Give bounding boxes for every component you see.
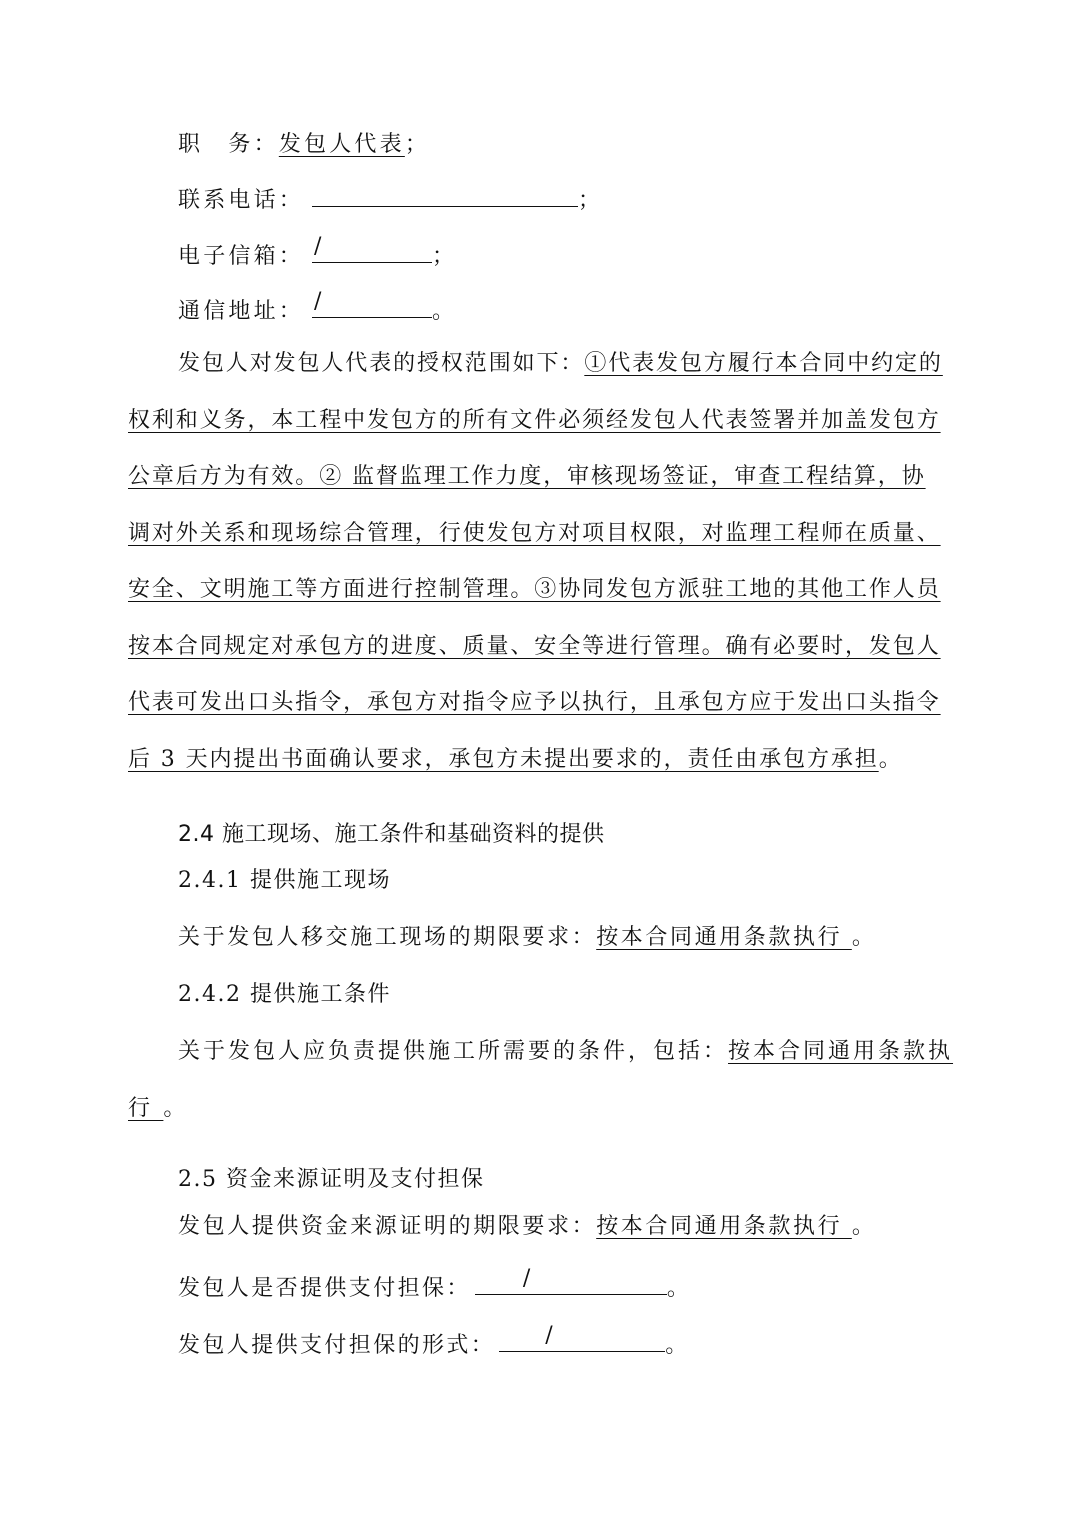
authorization-intro: 发包人对发包人代表的授权范围如下： (178, 351, 584, 376)
authorization-paragraph: 发包人对发包人代表的授权范围如下：①代表发包方履行本合同中约定的 权利和义务，本… (128, 336, 948, 788)
guarantee-form-blank: / (499, 1327, 665, 1352)
authorization-row: 安全、文明施工等方面进行控制管理。③协同发包方派驻工地的其他工作人员 (128, 562, 948, 619)
fund-proof-field: 发包人提供资金来源证明的期限要求：按本合同通用条款执行 。 (178, 1212, 876, 1242)
address-end: 。 (432, 299, 457, 324)
phone-blank (312, 182, 578, 207)
phone-label: 联系电话： (178, 188, 304, 213)
authorization-row: 后 3 天内提出书面确认要求，承包方未提出要求的，责任由承包方承担。 (128, 732, 948, 789)
guarantee-form-label: 发包人提供支付担保的形式： (178, 1333, 495, 1358)
site-handover-field: 关于发包人移交施工现场的期限要求：按本合同通用条款执行 。 (178, 923, 876, 953)
authorization-text: 代表可发出口头指令，承包方对指令应予以执行，且承包方应于发出口头指令 (128, 690, 941, 715)
site-conditions-field-cont: 行 。 (128, 1094, 189, 1124)
position-end: ； (405, 132, 430, 157)
authorization-text: 公章后方为有效。② 监督监理工作力度，审核现场签证，审查工程结算，协 (128, 464, 926, 489)
guarantee-end: 。 (667, 1276, 691, 1301)
email-blank: / (312, 238, 432, 263)
authorization-row: 按本合同规定对承包方的进度、质量、安全等进行管理。确有必要时，发包人 (128, 619, 948, 676)
fund-proof-label: 发包人提供资金来源证明的期限要求： (178, 1214, 596, 1239)
email-end: ； (432, 244, 457, 269)
site-conditions-value: 按本合同通用条款执 (728, 1039, 953, 1064)
fund-proof-end: 。 (852, 1214, 877, 1239)
authorization-text: 权利和义务，本工程中发包方的所有文件必须经发包人代表签署并加盖发包方 (128, 408, 941, 433)
position-value: 发包人代表 (279, 132, 405, 157)
guarantee-form-value: / (545, 1321, 555, 1351)
email-field: 电子信箱：/； (178, 238, 457, 272)
address-label: 通信地址： (178, 299, 304, 324)
site-conditions-value-cont: 行 (128, 1096, 163, 1121)
section-2-4-title: 2.4 施工现场、施工条件和基础资料的提供 (178, 820, 604, 850)
position-label: 职 务： (178, 132, 279, 157)
guarantee-blank: / (475, 1270, 667, 1295)
authorization-text: 后 3 天内提出书面确认要求，承包方未提出要求的，责任由承包方承担 (128, 747, 879, 772)
position-field: 职 务：发包人代表； (178, 130, 430, 160)
authorization-text: ①代表发包方履行本合同中约定的 (584, 351, 943, 376)
address-value: / (314, 287, 325, 317)
guarantee-field: 发包人是否提供支付担保：/。 (178, 1270, 691, 1304)
site-conditions-field: 关于发包人应负责提供施工所需要的条件，包括：按本合同通用条款执 (178, 1037, 953, 1067)
address-blank: / (312, 293, 432, 318)
section-2-4-1-title: 2.4.1 提供施工现场 (178, 866, 391, 896)
authorization-row: 公章后方为有效。② 监督监理工作力度，审核现场签证，审查工程结算，协 (128, 449, 948, 506)
site-conditions-label: 关于发包人应负责提供施工所需要的条件，包括： (178, 1039, 728, 1064)
authorization-text: 按本合同规定对承包方的进度、质量、安全等进行管理。确有必要时，发包人 (128, 634, 941, 659)
guarantee-label: 发包人是否提供支付担保： (178, 1276, 471, 1301)
section-2-5-title: 2.5 资金来源证明及支付担保 (178, 1165, 484, 1195)
address-field: 通信地址：/。 (178, 293, 457, 327)
site-handover-value: 按本合同通用条款执行 (596, 925, 852, 950)
fund-proof-value: 按本合同通用条款执行 (596, 1214, 852, 1239)
authorization-row: 代表可发出口头指令，承包方对指令应予以执行，且承包方应于发出口头指令 (128, 675, 948, 732)
authorization-row: 调对外关系和现场综合管理，行使发包方对项目权限，对监理工程师在质量、 (128, 506, 948, 563)
authorization-end: 。 (879, 747, 903, 772)
site-handover-end: 。 (852, 925, 877, 950)
phone-end: ； (578, 188, 603, 213)
guarantee-form-field: 发包人提供支付担保的形式：/。 (178, 1327, 690, 1361)
site-conditions-end: 。 (163, 1096, 188, 1121)
guarantee-value: / (523, 1264, 533, 1294)
authorization-row: 发包人对发包人代表的授权范围如下：①代表发包方履行本合同中约定的 (128, 336, 948, 393)
email-value: / (314, 232, 325, 262)
authorization-text: 调对外关系和现场综合管理，行使发包方对项目权限，对监理工程师在质量、 (128, 521, 941, 546)
phone-field: 联系电话：； (178, 182, 603, 216)
site-handover-label: 关于发包人移交施工现场的期限要求： (178, 925, 596, 950)
section-2-4-2-title: 2.4.2 提供施工条件 (178, 980, 391, 1010)
document-page: 职 务：发包人代表； 联系电话：； 电子信箱：/； 通信地址：/。 发包人对发包… (0, 0, 1074, 1520)
authorization-text: 安全、文明施工等方面进行控制管理。③协同发包方派驻工地的其他工作人员 (128, 577, 941, 602)
guarantee-form-end: 。 (665, 1333, 689, 1358)
authorization-row: 权利和义务，本工程中发包方的所有文件必须经发包人代表签署并加盖发包方 (128, 393, 948, 450)
email-label: 电子信箱： (178, 244, 304, 269)
